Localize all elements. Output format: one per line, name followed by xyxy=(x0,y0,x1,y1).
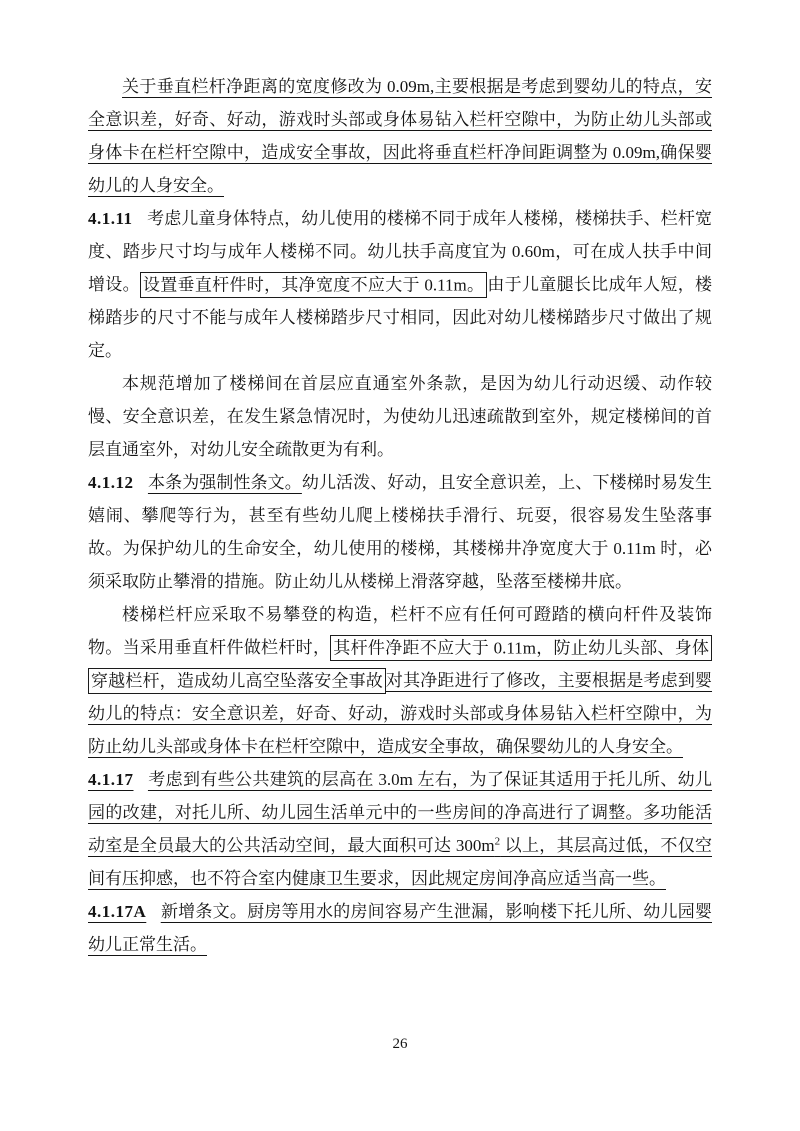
section-number: 4.1.11 xyxy=(88,209,147,228)
section-4-1-17: 4.1.17考虑到有些公共建筑的层高在 3.0m 左右，为了保证其适用于托儿所、… xyxy=(88,763,712,895)
section-4-1-12: 4.1.12本条为强制性条文。幼儿活泼、好动，且安全意识差，上、下楼梯时易发生嬉… xyxy=(88,466,712,598)
text-segment: 关于垂直栏杆净距离的宽度修改为 0.09m,主要根据是考虑到婴幼儿的特点，安全意… xyxy=(88,77,712,195)
text-segment: 本规范增加了楼梯间在首层应直通室外条款，是因为幼儿行动迟缓、动作较慢、安全意识差… xyxy=(88,374,712,459)
text-segment: 本条为强制性条文。 xyxy=(148,473,302,492)
document-body: 关于垂直栏杆净距离的宽度修改为 0.09m,主要根据是考虑到婴幼儿的特点，安全意… xyxy=(88,70,712,961)
section-number: 4.1.17 xyxy=(88,770,148,789)
page-number: 26 xyxy=(0,1036,800,1053)
section-number: 4.1.17A xyxy=(88,902,161,921)
section-4-1-11: 4.1.11考虑儿童身体特点，幼儿使用的楼梯不同于成年人楼梯，楼梯扶手、栏杆宽度… xyxy=(88,202,712,367)
para-stair-railing-construction: 楼梯栏杆应采取不易攀登的构造，栏杆不应有任何可蹬踏的横向杆件及装饰物。当采用垂直… xyxy=(88,598,712,763)
section-number: 4.1.12 xyxy=(88,473,148,492)
para-stair-ground-floor-exit: 本规范增加了楼梯间在首层应直通室外条款，是因为幼儿行动迟缓、动作较慢、安全意识差… xyxy=(88,367,712,466)
text-segment: 设置垂直杆件时，其净宽度不应大于 0.11m。 xyxy=(140,272,487,298)
para-revision-note-railing: 关于垂直栏杆净距离的宽度修改为 0.09m,主要根据是考虑到婴幼儿的特点，安全意… xyxy=(88,70,712,202)
text-segment: 新增条文。厨房等用水的房间容易产生泄漏，影响楼下托儿所、幼儿园婴幼儿正常生活。 xyxy=(88,902,712,954)
document-page: 关于垂直栏杆净距离的宽度修改为 0.09m,主要根据是考虑到婴幼儿的特点，安全意… xyxy=(0,0,800,1131)
section-4-1-17A: 4.1.17A新增条文。厨房等用水的房间容易产生泄漏，影响楼下托儿所、幼儿园婴幼… xyxy=(88,895,712,961)
